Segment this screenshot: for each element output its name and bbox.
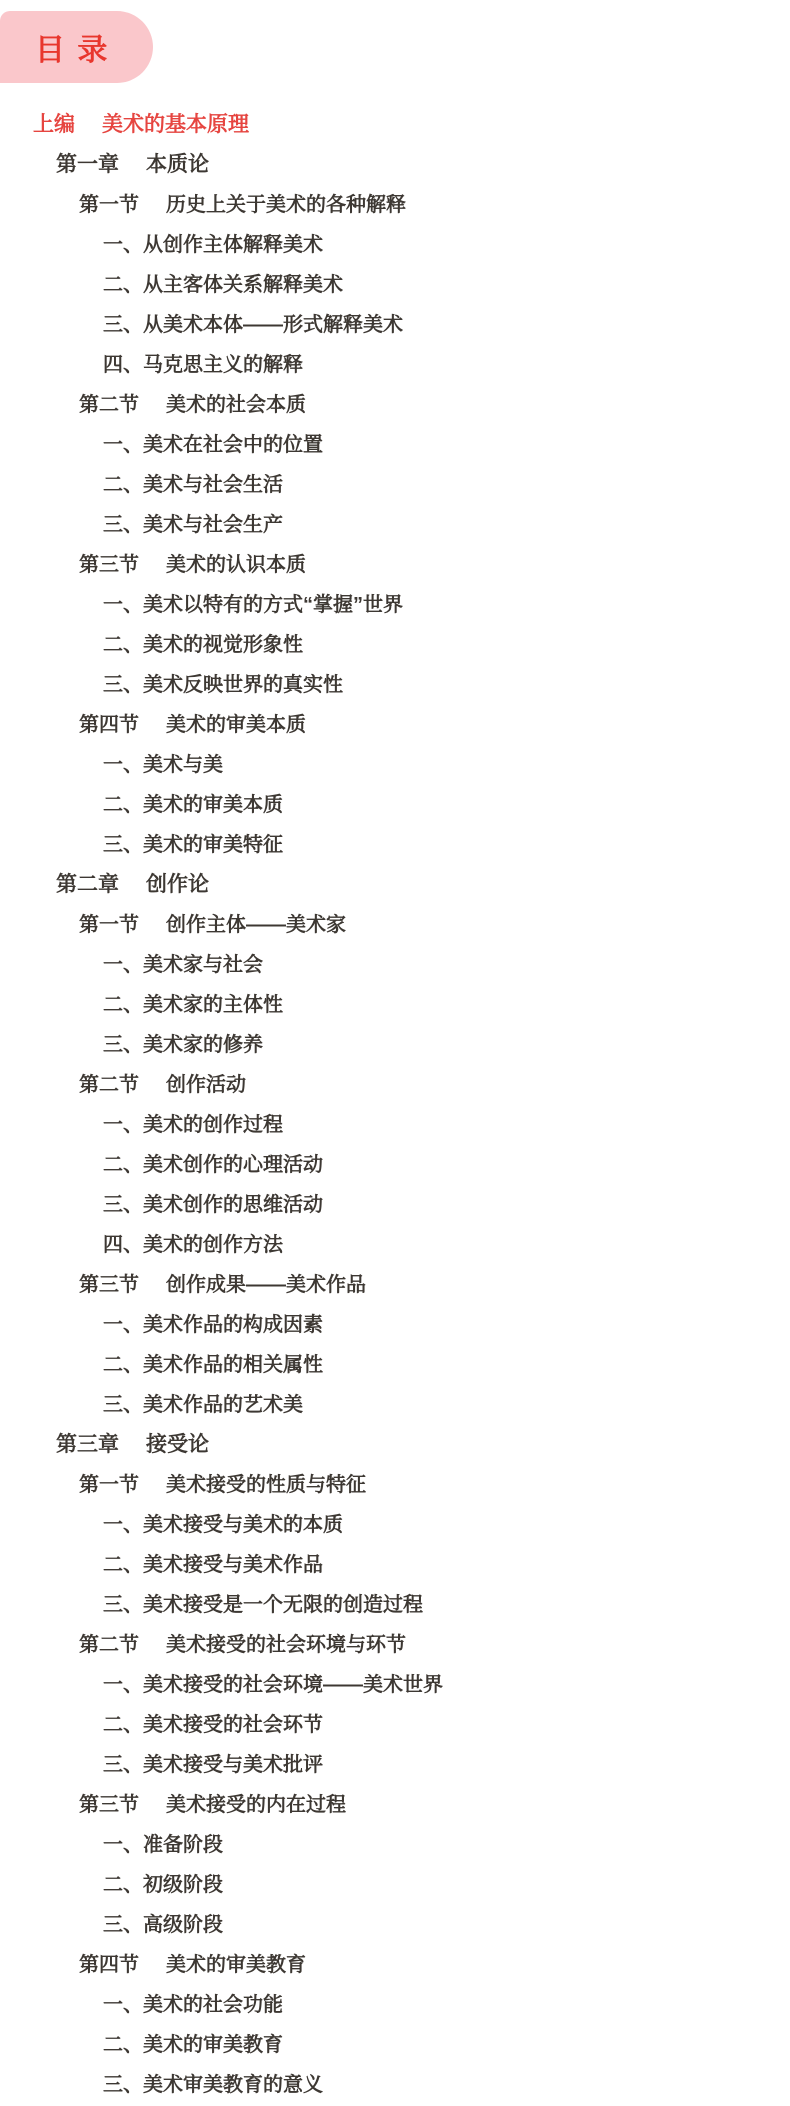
toc-item-text: 三、高级阶段 <box>103 1914 223 1936</box>
section-heading: 第四节美术的审美本质 <box>0 705 790 745</box>
toc-item: 三、高级阶段 <box>0 1905 790 1945</box>
toc-item-text: 三、美术接受是一个无限的创造过程 <box>103 1594 423 1616</box>
page-title: 目 录 <box>0 25 109 69</box>
section-heading-number: 第一节 <box>79 194 139 216</box>
toc-item: 三、美术家的修养 <box>0 1025 790 1065</box>
toc-item-text: 三、美术反映世界的真实性 <box>103 674 343 696</box>
toc-item-text: 四、马克思主义的解释 <box>103 354 303 376</box>
section-heading-title: 美术的社会本质 <box>166 394 306 416</box>
section-heading: 第一节美术接受的性质与特征 <box>0 1465 790 1505</box>
toc-item-text: 四、美术的创作方法 <box>103 1234 283 1256</box>
toc-item-text: 二、初级阶段 <box>103 1874 223 1896</box>
toc-item-text: 三、从美术本体——形式解释美术 <box>103 314 403 336</box>
part-heading-number: 上编 <box>33 113 75 136</box>
section-heading: 第三节创作成果——美术作品 <box>0 1265 790 1305</box>
toc-item: 四、马克思主义的解释 <box>0 345 790 385</box>
section-heading-number: 第二节 <box>79 1634 139 1656</box>
chapter-heading-title: 接受论 <box>146 1433 209 1456</box>
toc-item-text: 三、美术创作的思维活动 <box>103 1194 323 1216</box>
toc-item-text: 二、美术与社会生活 <box>103 474 283 496</box>
toc-item-text: 一、美术作品的构成因素 <box>103 1314 323 1336</box>
toc-header-pill: 目 录 <box>0 11 153 83</box>
toc-item: 一、美术接受与美术的本质 <box>0 1505 790 1545</box>
section-heading: 第二节创作活动 <box>0 1065 790 1105</box>
toc-item: 一、美术接受的社会环境——美术世界 <box>0 1665 790 1705</box>
toc-item: 三、美术反映世界的真实性 <box>0 665 790 705</box>
toc-item: 二、美术接受的社会环节 <box>0 1705 790 1745</box>
toc-item: 二、初级阶段 <box>0 1865 790 1905</box>
toc-item: 二、美术接受与美术作品 <box>0 1545 790 1585</box>
section-heading-title: 美术接受的性质与特征 <box>166 1474 366 1496</box>
chapter-heading-number: 第三章 <box>56 1433 119 1456</box>
toc-item: 一、美术以特有的方式“掌握”世界 <box>0 585 790 625</box>
chapter-heading: 第三章接受论 <box>0 1425 790 1465</box>
toc-item-text: 一、美术以特有的方式“掌握”世界 <box>103 594 403 616</box>
section-heading-title: 美术的审美教育 <box>166 1954 306 1976</box>
toc-item: 一、美术家与社会 <box>0 945 790 985</box>
toc-item-text: 一、从创作主体解释美术 <box>103 234 323 256</box>
section-heading-title: 创作主体——美术家 <box>166 914 346 936</box>
toc-item: 三、美术创作的思维活动 <box>0 1185 790 1225</box>
toc-item-text: 二、美术接受的社会环节 <box>103 1714 323 1736</box>
toc-item-text: 二、美术接受与美术作品 <box>103 1554 323 1576</box>
toc-item: 三、从美术本体——形式解释美术 <box>0 305 790 345</box>
section-heading-number: 第三节 <box>79 1794 139 1816</box>
toc-item-text: 三、美术与社会生产 <box>103 514 283 536</box>
toc-item: 二、美术的审美教育 <box>0 2025 790 2065</box>
chapter-heading-title: 创作论 <box>146 873 209 896</box>
toc-item-text: 一、美术的社会功能 <box>103 1994 283 2016</box>
section-heading-number: 第四节 <box>79 714 139 736</box>
section-heading: 第一节创作主体——美术家 <box>0 905 790 945</box>
toc-item-text: 一、准备阶段 <box>103 1834 223 1856</box>
toc-item: 三、美术与社会生产 <box>0 505 790 545</box>
chapter-heading-number: 第二章 <box>56 873 119 896</box>
section-heading-number: 第一节 <box>79 914 139 936</box>
toc-item: 一、美术的社会功能 <box>0 1985 790 2025</box>
toc-item: 一、美术在社会中的位置 <box>0 425 790 465</box>
toc-item: 二、美术作品的相关属性 <box>0 1345 790 1385</box>
section-heading: 第三节美术接受的内在过程 <box>0 1785 790 1825</box>
part-heading-title: 美术的基本原理 <box>102 113 249 136</box>
section-heading-title: 创作活动 <box>166 1074 246 1096</box>
toc-item: 二、美术家的主体性 <box>0 985 790 1025</box>
toc-item: 三、美术作品的艺术美 <box>0 1385 790 1425</box>
chapter-heading: 第一章本质论 <box>0 145 790 185</box>
toc-item: 一、美术与美 <box>0 745 790 785</box>
section-heading-number: 第四节 <box>79 1954 139 1976</box>
toc-item-text: 一、美术在社会中的位置 <box>103 434 323 456</box>
toc-item-text: 三、美术接受与美术批评 <box>103 1754 323 1776</box>
toc-item: 二、美术与社会生活 <box>0 465 790 505</box>
section-heading: 第一节历史上关于美术的各种解释 <box>0 185 790 225</box>
toc-list: 上编美术的基本原理第一章本质论第一节历史上关于美术的各种解释一、从创作主体解释美… <box>0 105 790 2105</box>
section-heading: 第二节美术接受的社会环境与环节 <box>0 1625 790 1665</box>
toc-item: 二、从主客体关系解释美术 <box>0 265 790 305</box>
section-heading-title: 美术接受的内在过程 <box>166 1794 346 1816</box>
section-heading: 第四节美术的审美教育 <box>0 1945 790 1985</box>
toc-item-text: 三、美术作品的艺术美 <box>103 1394 303 1416</box>
chapter-heading: 第二章创作论 <box>0 865 790 905</box>
toc-item-text: 一、美术家与社会 <box>103 954 263 976</box>
toc-item: 一、美术的创作过程 <box>0 1105 790 1145</box>
toc-item-text: 一、美术的创作过程 <box>103 1114 283 1136</box>
toc-item: 二、美术的视觉形象性 <box>0 625 790 665</box>
toc-item-text: 二、美术创作的心理活动 <box>103 1154 323 1176</box>
section-heading-title: 历史上关于美术的各种解释 <box>166 194 406 216</box>
toc-item-text: 一、美术接受与美术的本质 <box>103 1514 343 1536</box>
toc-item-text: 二、美术的审美教育 <box>103 2034 283 2056</box>
toc-item: 二、美术的审美本质 <box>0 785 790 825</box>
section-heading-number: 第二节 <box>79 1074 139 1096</box>
toc-item: 一、美术作品的构成因素 <box>0 1305 790 1345</box>
toc-item: 三、美术接受是一个无限的创造过程 <box>0 1585 790 1625</box>
toc-item: 二、美术创作的心理活动 <box>0 1145 790 1185</box>
toc-item: 三、美术接受与美术批评 <box>0 1745 790 1785</box>
section-heading-title: 美术接受的社会环境与环节 <box>166 1634 406 1656</box>
toc-item-text: 三、美术的审美特征 <box>103 834 283 856</box>
toc-item-text: 二、美术作品的相关属性 <box>103 1354 323 1376</box>
toc-item-text: 二、美术的视觉形象性 <box>103 634 303 656</box>
toc-item-text: 一、美术接受的社会环境——美术世界 <box>103 1674 443 1696</box>
toc-item: 一、从创作主体解释美术 <box>0 225 790 265</box>
toc-item-text: 三、美术家的修养 <box>103 1034 263 1056</box>
section-heading: 第三节美术的认识本质 <box>0 545 790 585</box>
section-heading-title: 美术的审美本质 <box>166 714 306 736</box>
section-heading-number: 第二节 <box>79 394 139 416</box>
toc-item: 四、美术的创作方法 <box>0 1225 790 1265</box>
part-heading: 上编美术的基本原理 <box>0 105 790 145</box>
toc-item: 三、美术的审美特征 <box>0 825 790 865</box>
toc-item-text: 二、美术的审美本质 <box>103 794 283 816</box>
toc-item: 一、准备阶段 <box>0 1825 790 1865</box>
chapter-heading-number: 第一章 <box>56 153 119 176</box>
section-heading-title: 创作成果——美术作品 <box>166 1274 366 1296</box>
chapter-heading-title: 本质论 <box>146 153 209 176</box>
toc-item: 三、美术审美教育的意义 <box>0 2065 790 2105</box>
toc-item-text: 一、美术与美 <box>103 754 223 776</box>
section-heading-number: 第一节 <box>79 1474 139 1496</box>
section-heading: 第二节美术的社会本质 <box>0 385 790 425</box>
section-heading-number: 第三节 <box>79 554 139 576</box>
toc-item-text: 三、美术审美教育的意义 <box>103 2074 323 2096</box>
section-heading-number: 第三节 <box>79 1274 139 1296</box>
toc-item-text: 二、从主客体关系解释美术 <box>103 274 343 296</box>
toc-item-text: 二、美术家的主体性 <box>103 994 283 1016</box>
section-heading-title: 美术的认识本质 <box>166 554 306 576</box>
